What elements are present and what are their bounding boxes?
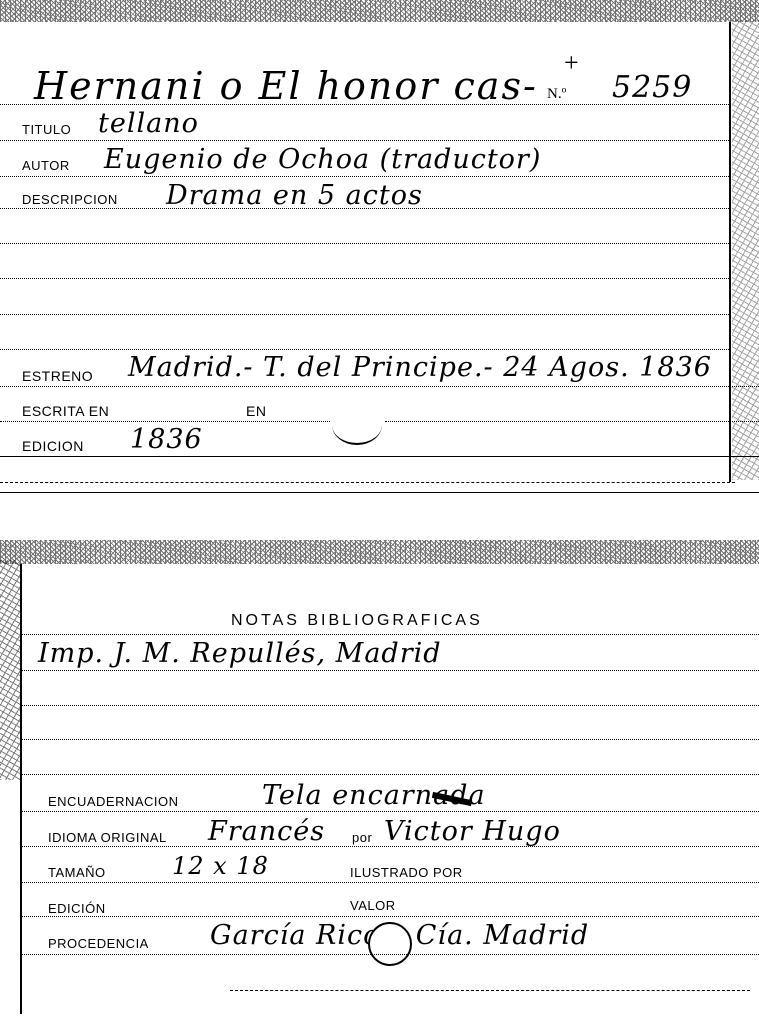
field-label-en: EN — [246, 403, 266, 419]
ruled-line — [0, 208, 729, 209]
ruled-line — [0, 278, 729, 279]
card-bottom-edge — [230, 990, 750, 991]
ruled-line — [22, 739, 759, 740]
ruled-line — [22, 634, 759, 635]
ruled-line — [0, 104, 729, 105]
field-label-descripcion: DESCRIPCION — [22, 192, 118, 207]
field-label-autor: AUTOR — [22, 158, 70, 173]
card-separator — [0, 492, 759, 493]
ruled-line — [22, 916, 759, 917]
catalog-card-back: NOTAS BIBLIOGRAFICAS Imp. J. M. Repullés… — [0, 540, 759, 1028]
field-label-encuadernacion: ENCUADERNACION — [48, 794, 179, 809]
field-label-ilustrado-por: ILUSTRADO POR — [350, 865, 463, 880]
library-stamp-circle — [368, 922, 412, 966]
ruled-line — [22, 670, 759, 671]
field-label-edicion: EDICION — [22, 438, 84, 454]
field-value-tamano: 12 x 18 — [172, 852, 269, 880]
card-bottom-edge — [0, 482, 735, 483]
ruled-line — [0, 176, 729, 177]
scan-edge-top — [0, 540, 759, 564]
field-value-autor: Eugenio de Ochoa (traductor) — [104, 144, 541, 175]
field-value-idioma-original: Francés — [208, 816, 325, 847]
field-label-escrita-en: ESCRITA EN — [22, 403, 109, 419]
catalog-card-front: + Hernani o El honor cas- N.º 5259 TITUL… — [0, 0, 759, 492]
scan-edge-left — [0, 560, 20, 780]
catalog-number-label: N.º — [547, 86, 566, 103]
ruled-line — [22, 705, 759, 706]
field-value-titulo: tellano — [98, 108, 199, 139]
field-label-tamano: TAMAÑO — [48, 865, 106, 880]
punch-hole-mark — [332, 405, 382, 445]
ruled-line — [0, 314, 729, 315]
notes-heading: NOTAS BIBLIOGRAFICAS — [231, 612, 483, 630]
field-label-edicion: EDICIÓN — [48, 901, 106, 916]
field-label-titulo: TITULO — [22, 122, 71, 137]
scan-edge-right — [732, 20, 759, 480]
card-border-right — [729, 22, 731, 482]
ruled-line — [0, 349, 729, 350]
ruled-line — [22, 774, 759, 775]
field-label-idioma-original: IDIOMA ORIGINAL — [48, 830, 167, 845]
field-value-edicion: 1836 — [130, 424, 203, 455]
notes-line-1: Imp. J. M. Repullés, Madrid — [38, 638, 442, 669]
catalog-number: 5259 — [612, 70, 692, 105]
ruled-line — [385, 421, 759, 422]
field-label-por: POR — [352, 830, 372, 845]
field-label-valor: VALOR — [350, 898, 396, 913]
title-handwritten-line1: Hernani o El honor cas- — [34, 64, 538, 108]
ruled-line — [0, 421, 330, 422]
scan-edge-top — [0, 0, 759, 22]
field-value-descripcion: Drama en 5 actos — [166, 180, 423, 211]
ruled-line — [0, 243, 729, 244]
card-border-left — [20, 564, 22, 1014]
ruled-line — [22, 954, 759, 955]
ruled-line — [22, 882, 759, 883]
ruled-line — [0, 456, 759, 457]
ruled-line — [0, 140, 729, 141]
cross-mark: + — [564, 48, 579, 78]
field-value-por: Victor Hugo — [384, 816, 561, 847]
field-label-estreno: ESTRENO — [22, 368, 93, 384]
ruled-line — [0, 386, 759, 387]
field-value-estreno: Madrid.- T. del Principe.- 24 Agos. 1836 — [128, 352, 712, 383]
ruled-line — [22, 811, 759, 812]
field-label-procedencia: PROCEDENCIA — [48, 936, 149, 951]
ruled-line — [22, 846, 759, 847]
